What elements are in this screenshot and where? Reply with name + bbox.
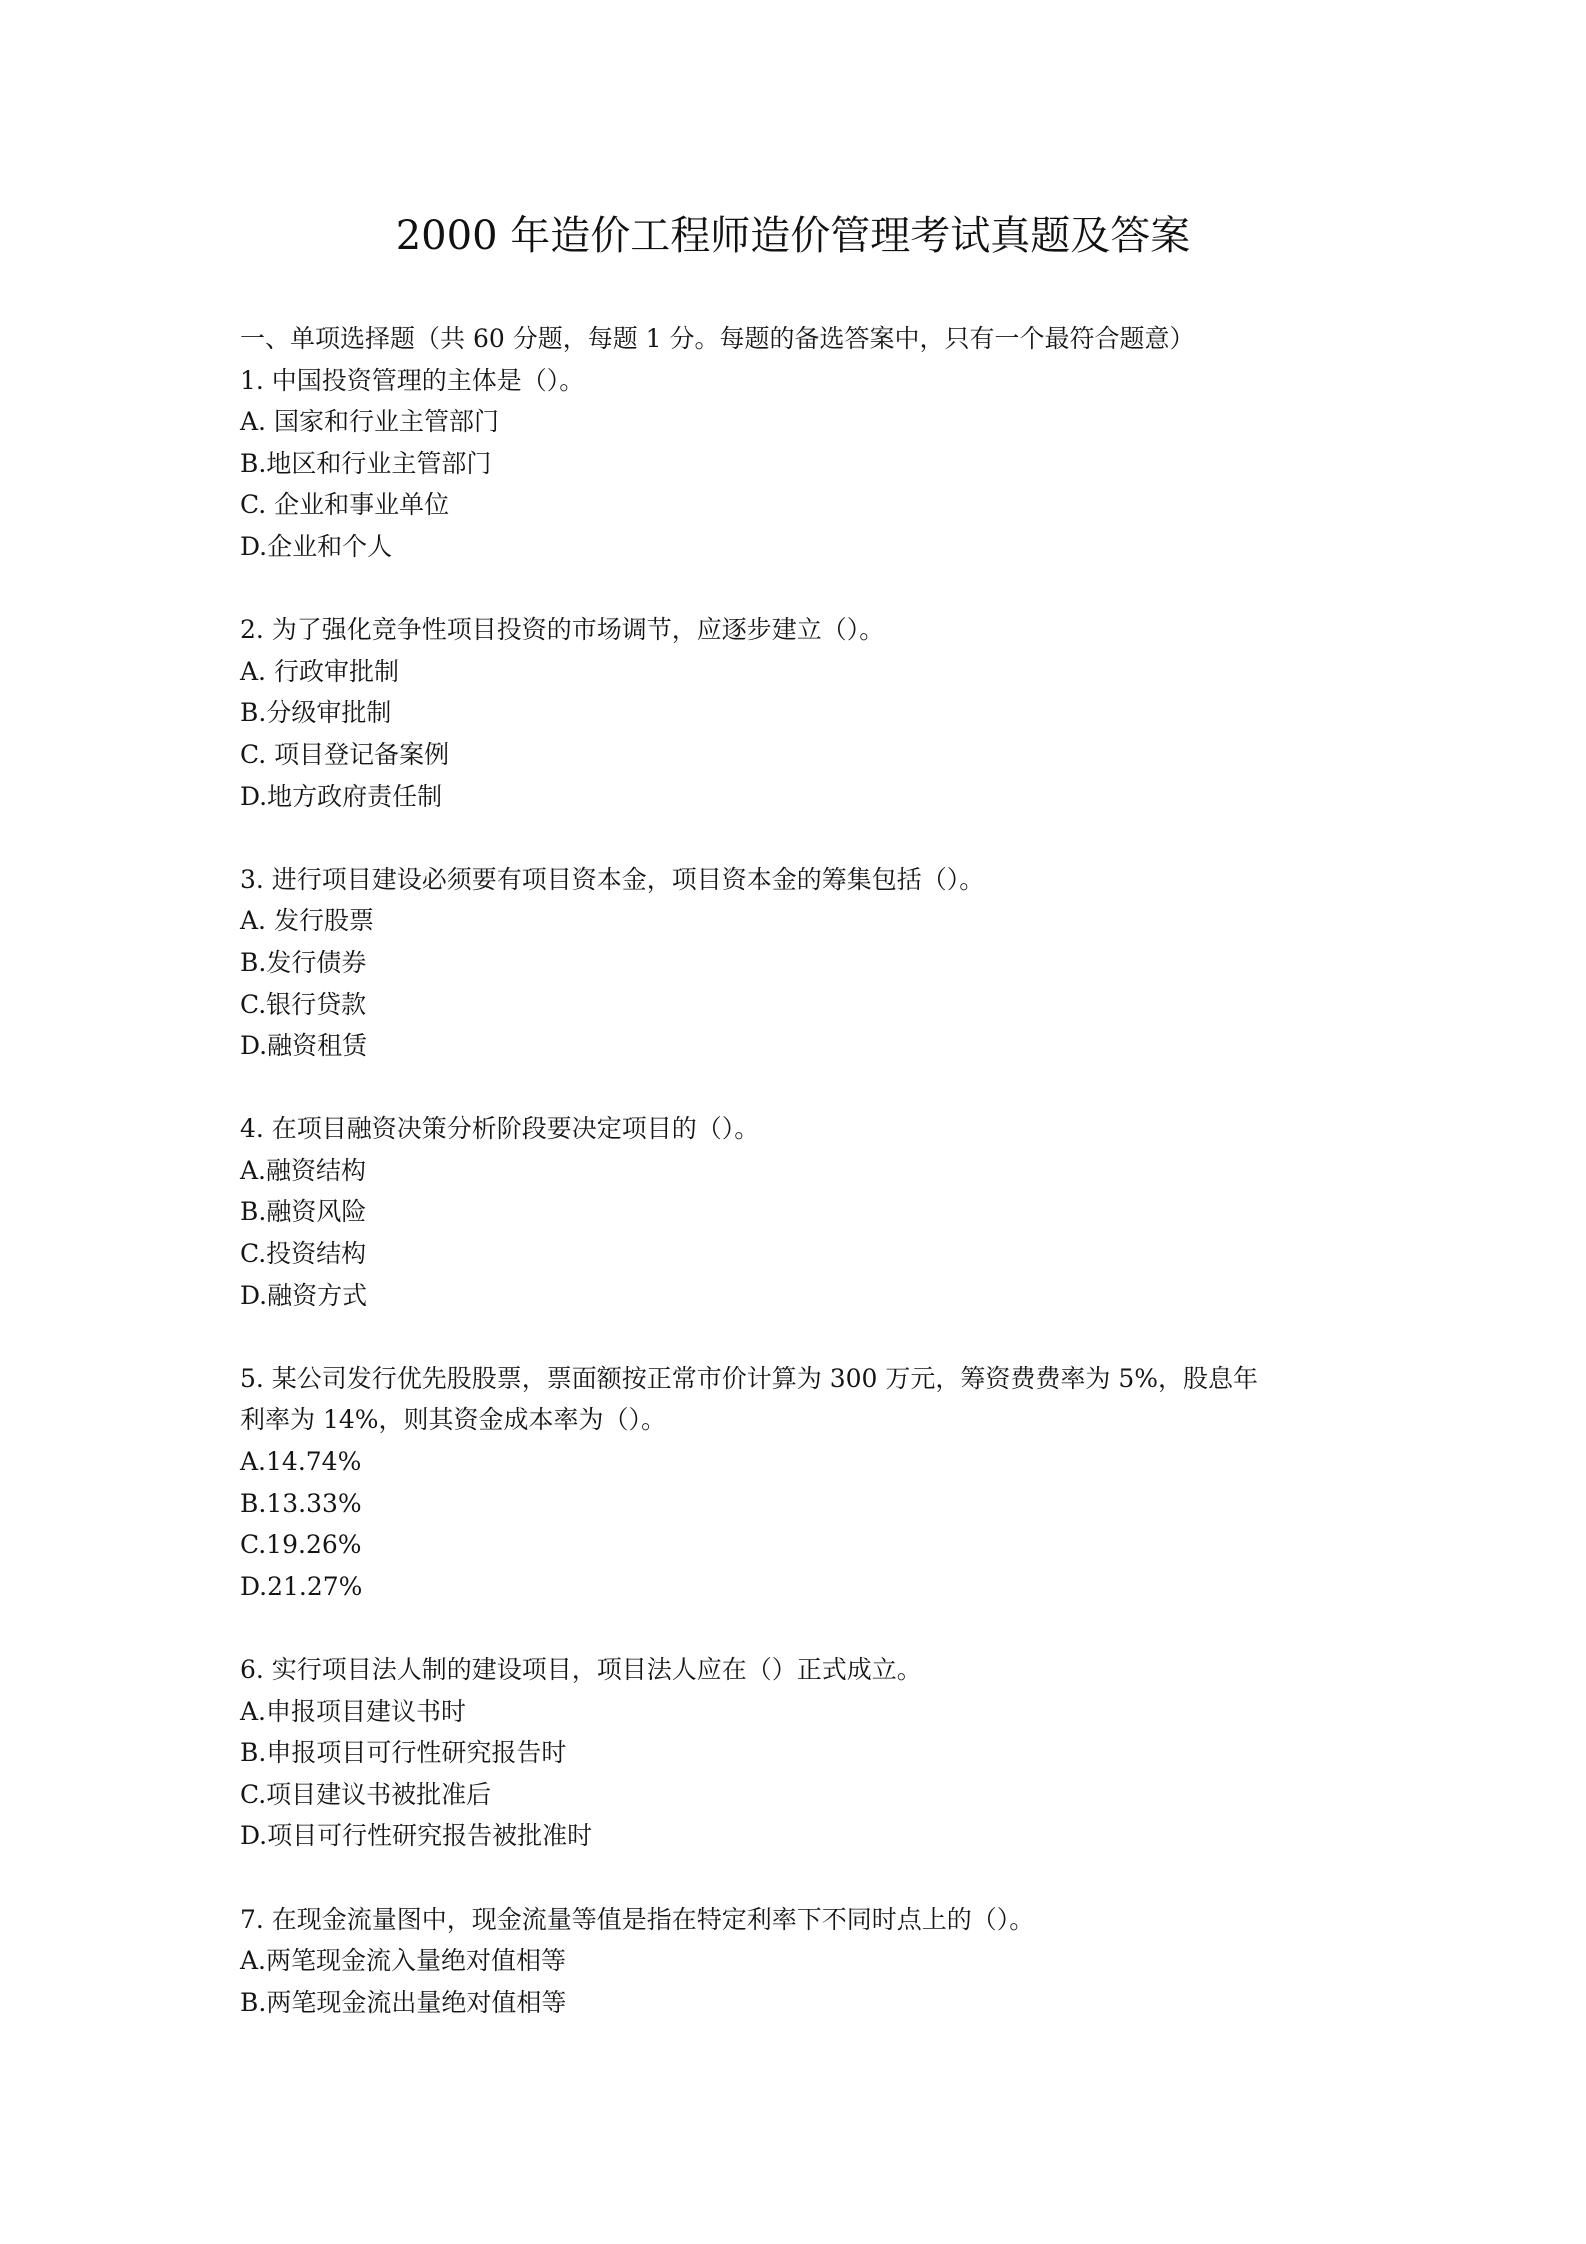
option-a: A.14.74% — [240, 1441, 1360, 1483]
spacer — [240, 1857, 1360, 1899]
question-3: 3. 进行项目建设必须要有项目资本金，项目资本金的筹集包括（）。 A. 发行股票… — [240, 859, 1360, 1067]
option-b: B.申报项目可行性研究报告时 — [240, 1732, 1360, 1774]
option-b: B.分级审批制 — [240, 692, 1360, 734]
option-c: C. 项目登记备案例 — [240, 734, 1360, 776]
option-a: A.两笔现金流入量绝对值相等 — [240, 1940, 1360, 1982]
option-c: C. 企业和事业单位 — [240, 484, 1360, 526]
spacer — [240, 568, 1360, 610]
question-stem: 7. 在现金流量图中，现金流量等值是指在特定利率下不同时点上的（）。 — [240, 1899, 1360, 1941]
spacer — [240, 1316, 1360, 1358]
question-stem: 6. 实行项目法人制的建设项目，项目法人应在（）正式成立。 — [240, 1649, 1360, 1691]
question-6: 6. 实行项目法人制的建设项目，项目法人应在（）正式成立。 A.申报项目建议书时… — [240, 1649, 1360, 1857]
option-d: D.融资租赁 — [240, 1025, 1360, 1067]
spacer — [240, 817, 1360, 859]
spacer — [240, 1067, 1360, 1109]
option-d: D.融资方式 — [240, 1275, 1360, 1317]
option-d: D.地方政府责任制 — [240, 776, 1360, 818]
option-a: A. 发行股票 — [240, 900, 1360, 942]
section-heading: 一、单项选择题（共 60 分题，每题 1 分。每题的备选答案中，只有一个最符合题… — [240, 318, 1360, 360]
document-page: 2000 年造价工程师造价管理考试真题及答案 一、单项选择题（共 60 分题，每… — [0, 0, 1586, 2244]
document-title: 2000 年造价工程师造价管理考试真题及答案 — [0, 208, 1586, 264]
question-1: 1. 中国投资管理的主体是（）。 A. 国家和行业主管部门 B.地区和行业主管部… — [240, 360, 1360, 568]
option-a: A.申报项目建议书时 — [240, 1691, 1360, 1733]
option-b: B.13.33% — [240, 1483, 1360, 1525]
question-2: 2. 为了强化竞争性项目投资的市场调节，应逐步建立（）。 A. 行政审批制 B.… — [240, 609, 1360, 817]
question-7: 7. 在现金流量图中，现金流量等值是指在特定利率下不同时点上的（）。 A.两笔现… — [240, 1899, 1360, 2024]
question-stem: 3. 进行项目建设必须要有项目资本金，项目资本金的筹集包括（）。 — [240, 859, 1360, 901]
option-c: C.19.26% — [240, 1524, 1360, 1566]
option-d: D.企业和个人 — [240, 526, 1360, 568]
option-d: D.项目可行性研究报告被批准时 — [240, 1815, 1360, 1857]
option-b: B.发行债券 — [240, 942, 1360, 984]
option-b: B.两笔现金流出量绝对值相等 — [240, 1982, 1360, 2024]
option-c: C.银行贷款 — [240, 984, 1360, 1026]
question-stem-continued: 利率为 14%，则其资金成本率为（）。 — [240, 1399, 1360, 1441]
spacer — [240, 1607, 1360, 1649]
question-stem: 5. 某公司发行优先股股票，票面额按正常市价计算为 300 万元，筹资费费率为 … — [240, 1358, 1360, 1400]
option-a: A. 行政审批制 — [240, 651, 1360, 693]
question-stem: 1. 中国投资管理的主体是（）。 — [240, 360, 1360, 402]
option-c: C.项目建议书被批准后 — [240, 1774, 1360, 1816]
question-4: 4. 在项目融资决策分析阶段要决定项目的（）。 A.融资结构 B.融资风险 C.… — [240, 1108, 1360, 1316]
option-b: B.融资风险 — [240, 1191, 1360, 1233]
question-5: 5. 某公司发行优先股股票，票面额按正常市价计算为 300 万元，筹资费费率为 … — [240, 1358, 1360, 1608]
question-stem: 2. 为了强化竞争性项目投资的市场调节，应逐步建立（）。 — [240, 609, 1360, 651]
option-a: A. 国家和行业主管部门 — [240, 401, 1360, 443]
question-stem: 4. 在项目融资决策分析阶段要决定项目的（）。 — [240, 1108, 1360, 1150]
document-body: 一、单项选择题（共 60 分题，每题 1 分。每题的备选答案中，只有一个最符合题… — [240, 318, 1360, 2023]
option-a: A.融资结构 — [240, 1150, 1360, 1192]
option-d: D.21.27% — [240, 1566, 1360, 1608]
option-c: C.投资结构 — [240, 1233, 1360, 1275]
option-b: B.地区和行业主管部门 — [240, 443, 1360, 485]
